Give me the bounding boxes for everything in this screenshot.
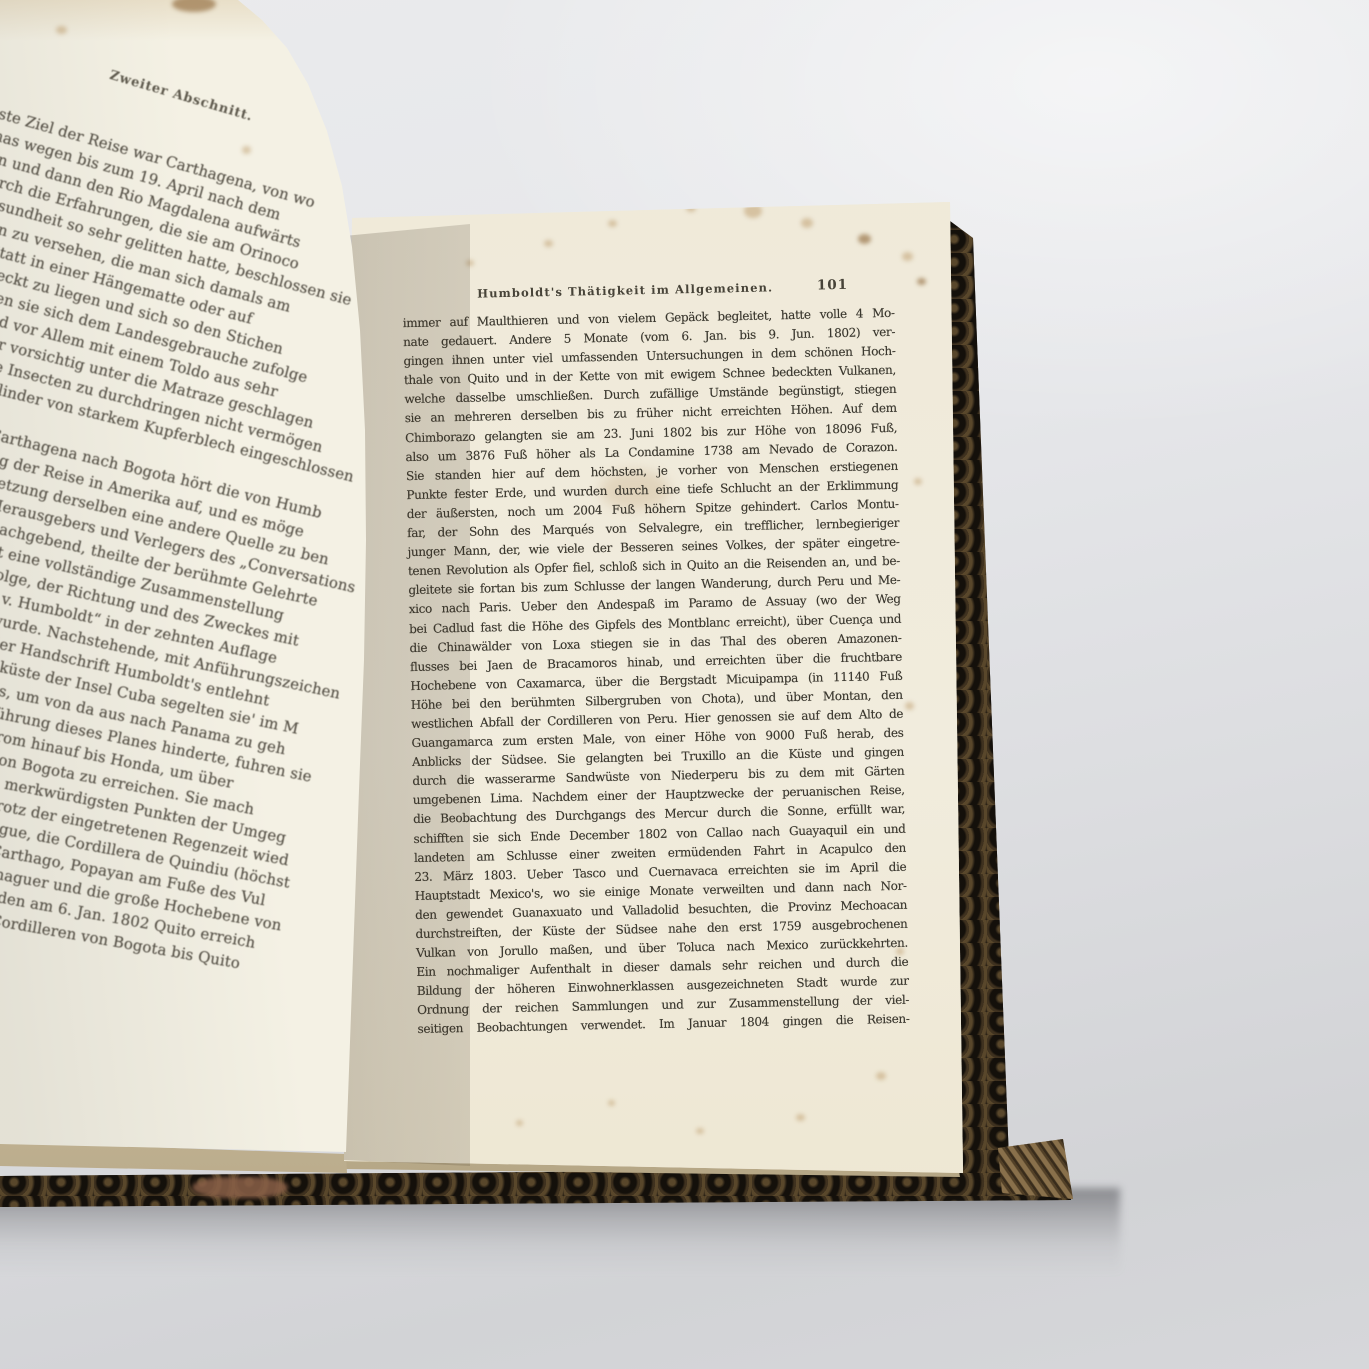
fox-spot <box>858 234 871 244</box>
fox-spot <box>902 252 913 261</box>
cover-wear-patch <box>192 1177 288 1198</box>
running-head-label: Humboldt's Thätigkeit im Allgemeinen. <box>477 280 773 300</box>
fox-spot <box>516 1120 523 1126</box>
fox-spot <box>801 218 813 228</box>
fox-spot <box>608 1100 615 1106</box>
fox-spot <box>696 1128 704 1134</box>
fox-spot <box>796 1114 805 1121</box>
fox-spot <box>914 478 922 485</box>
fox-spot <box>876 1072 886 1080</box>
fox-spot <box>608 220 617 227</box>
left-page-running-head: Zweiter Abschnitt. <box>108 68 255 125</box>
page-number: 101 <box>817 277 849 294</box>
fox-spot <box>544 240 553 247</box>
fox-spot <box>905 702 914 710</box>
book-photo-scene: Humboldt's Thätigkeit im Allgemeinen. 10… <box>0 0 1369 1369</box>
right-page-text: Humboldt's Thätigkeit im Allgemeinen. 10… <box>402 278 910 1040</box>
fox-spot <box>917 278 926 285</box>
fox-spot <box>466 260 474 266</box>
right-page-body: immer auf Maulthieren und von vielem Gep… <box>403 304 910 1040</box>
